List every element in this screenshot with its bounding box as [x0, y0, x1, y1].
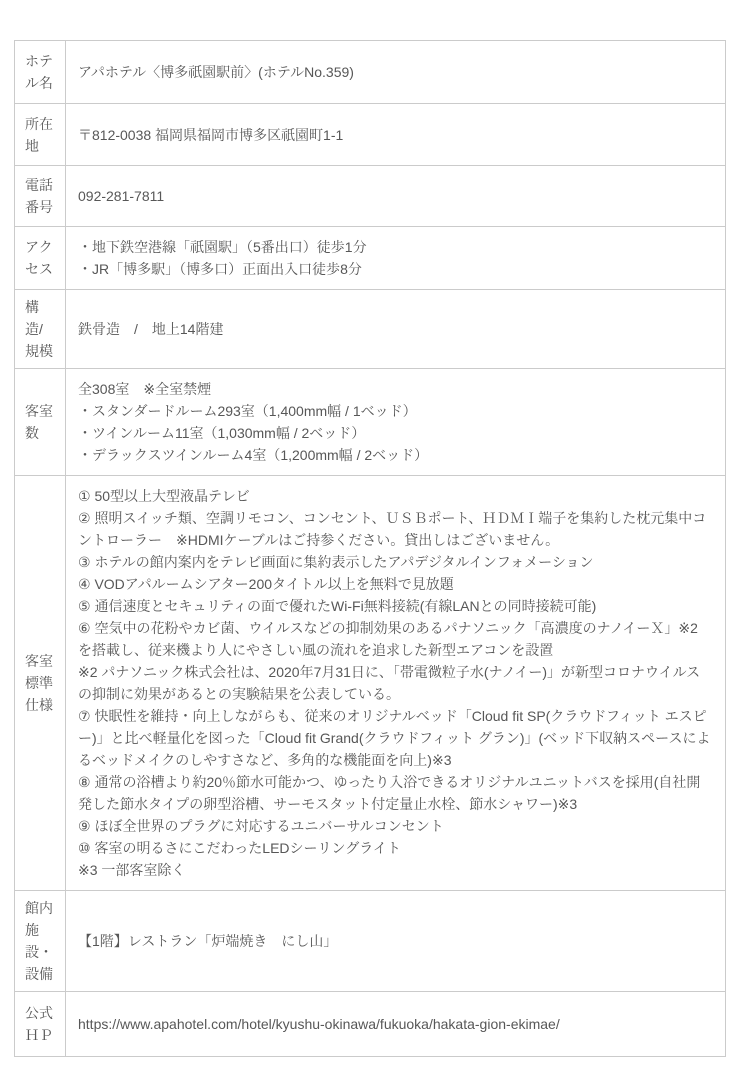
access-label: アクセス [15, 227, 66, 290]
room-specs-value: ① 50型以上大型液晶テレビ ② 照明スイッチ類、空調リモコン、コンセント、ＵＳ… [66, 476, 726, 891]
row-access: アクセス ・地下鉄空港線「祇園駅」（5番出口）徒歩1分 ・JR「博多駅」（博多口… [15, 227, 726, 290]
phone-value: 092-281-7811 [66, 166, 726, 227]
address-value: 〒812-0038 福岡県福岡市博多区祇園町1-1 [66, 104, 726, 166]
row-facilities: 館内施設・設備 【1階】レストラン「炉端焼き にし山」 [15, 891, 726, 992]
room-specs-label: 客室標準仕様 [15, 476, 66, 891]
access-value: ・地下鉄空港線「祇園駅」（5番出口）徒歩1分 ・JR「博多駅」（博多口）正面出入… [66, 227, 726, 290]
address-label: 所在地 [15, 104, 66, 166]
row-structure: 構造/規模 鉄骨造 / 地上14階建 [15, 290, 726, 369]
row-room-specs: 客室標準仕様 ① 50型以上大型液晶テレビ ② 照明スイッチ類、空調リモコン、コ… [15, 476, 726, 891]
facilities-label: 館内施設・設備 [15, 891, 66, 992]
hotel-name-value: アパホテル〈博多祇園駅前〉(ホテルNo.359) [66, 41, 726, 104]
structure-label: 構造/規模 [15, 290, 66, 369]
row-phone: 電話番号 092-281-7811 [15, 166, 726, 227]
facilities-value: 【1階】レストラン「炉端焼き にし山」 [66, 891, 726, 992]
row-official-site: 公式ＨＰ https://www.apahotel.com/hotel/kyus… [15, 992, 726, 1057]
structure-value: 鉄骨造 / 地上14階建 [66, 290, 726, 369]
official-site-url: https://www.apahotel.com/hotel/kyushu-ok… [66, 992, 726, 1057]
hotel-name-label: ホテル名 [15, 41, 66, 104]
row-address: 所在地 〒812-0038 福岡県福岡市博多区祇園町1-1 [15, 104, 726, 166]
hotel-info-table: ホテル名 アパホテル〈博多祇園駅前〉(ホテルNo.359) 所在地 〒812-0… [14, 40, 726, 1057]
phone-label: 電話番号 [15, 166, 66, 227]
room-count-value: 全308室 ※全室禁煙 ・スタンダードルーム293室（1,400mm幅 / 1ベ… [66, 369, 726, 476]
row-hotel-name: ホテル名 アパホテル〈博多祇園駅前〉(ホテルNo.359) [15, 41, 726, 104]
page: { "colors": { "border": "#cbcbcb", "text… [0, 40, 740, 1092]
room-count-label: 客室数 [15, 369, 66, 476]
official-site-label: 公式ＨＰ [15, 992, 66, 1057]
row-room-count: 客室数 全308室 ※全室禁煙 ・スタンダードルーム293室（1,400mm幅 … [15, 369, 726, 476]
